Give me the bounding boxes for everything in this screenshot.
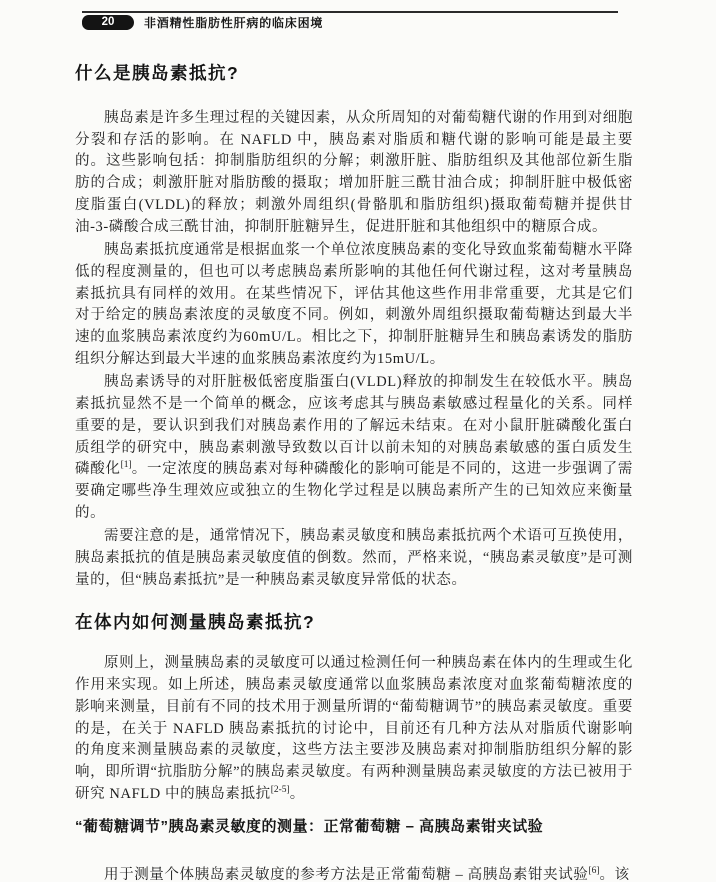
paragraph-text: 。一定浓度的胰岛素对每种磷酸化的影响可能是不同的，这进一步强调了需要确定哪些净生… <box>75 461 633 520</box>
body-paragraph: 胰岛素是许多生理过程的关键因素，从众所周知的对葡萄糖代谢的作用到对细胞分裂和存活… <box>75 108 633 238</box>
section-heading: 在体内如何测量胰岛素抵抗? <box>75 611 633 633</box>
body-paragraph: 用于测量个体胰岛素灵敏度的参考方法是正常葡萄糖 – 高胰岛素钳夹试验[6]。该 <box>75 865 633 882</box>
body-paragraph: 胰岛素抵抗度通常是根据血浆一个单位浓度胰岛素的变化导致血浆葡萄糖水平降低的程度测… <box>75 240 633 370</box>
body-paragraph: 胰岛素诱导的对肝脏极低密度脂蛋白(VLDL)释放的抑制发生在较低水平。胰岛素抵抗… <box>75 372 633 524</box>
paragraph-text: 胰岛素抵抗度通常是根据血浆一个单位浓度胰岛素的变化导致血浆葡萄糖水平降低的程度测… <box>75 242 633 367</box>
page-content: 什么是胰岛素抵抗?胰岛素是许多生理过程的关键因素，从众所周知的对葡萄糖代谢的作用… <box>75 0 633 882</box>
book-page: 20 非酒精性脂肪性肝病的临床困境 什么是胰岛素抵抗?胰岛素是许多生理过程的关键… <box>0 0 716 882</box>
paragraph-text: 。 <box>290 786 305 802</box>
body-paragraph: 原则上，测量胰岛素的灵敏度可以通过检测任何一种胰岛素在体内的生理或生化作用来实现… <box>75 653 633 805</box>
paragraph-text: 需要注意的是，通常情况下，胰岛素灵敏度和胰岛素抵抗两个术语可互换使用，胰岛素抵抗… <box>75 528 633 587</box>
reference-superscript: [6] <box>588 866 599 876</box>
sub-heading: “葡萄糖调节”胰岛素灵敏度的测量：正常葡萄糖 – 高胰岛素钳夹试验 <box>75 818 633 836</box>
section-heading: 什么是胰岛素抵抗? <box>75 62 633 84</box>
paragraph-text: 用于测量个体胰岛素灵敏度的参考方法是正常葡萄糖 – 高胰岛素钳夹试验 <box>104 867 588 882</box>
body-paragraph: 需要注意的是，通常情况下，胰岛素灵敏度和胰岛素抵抗两个术语可互换使用，胰岛素抵抗… <box>75 526 633 591</box>
paragraph-text: 原则上，测量胰岛素的灵敏度可以通过检测任何一种胰岛素在体内的生理或生化作用来实现… <box>75 655 633 801</box>
paragraph-text: 。该 <box>599 867 629 882</box>
paragraph-text: 胰岛素是许多生理过程的关键因素，从众所周知的对葡萄糖代谢的作用到对细胞分裂和存活… <box>75 110 633 235</box>
reference-superscript: [1] <box>121 460 132 470</box>
reference-superscript: [2-5] <box>271 785 290 795</box>
